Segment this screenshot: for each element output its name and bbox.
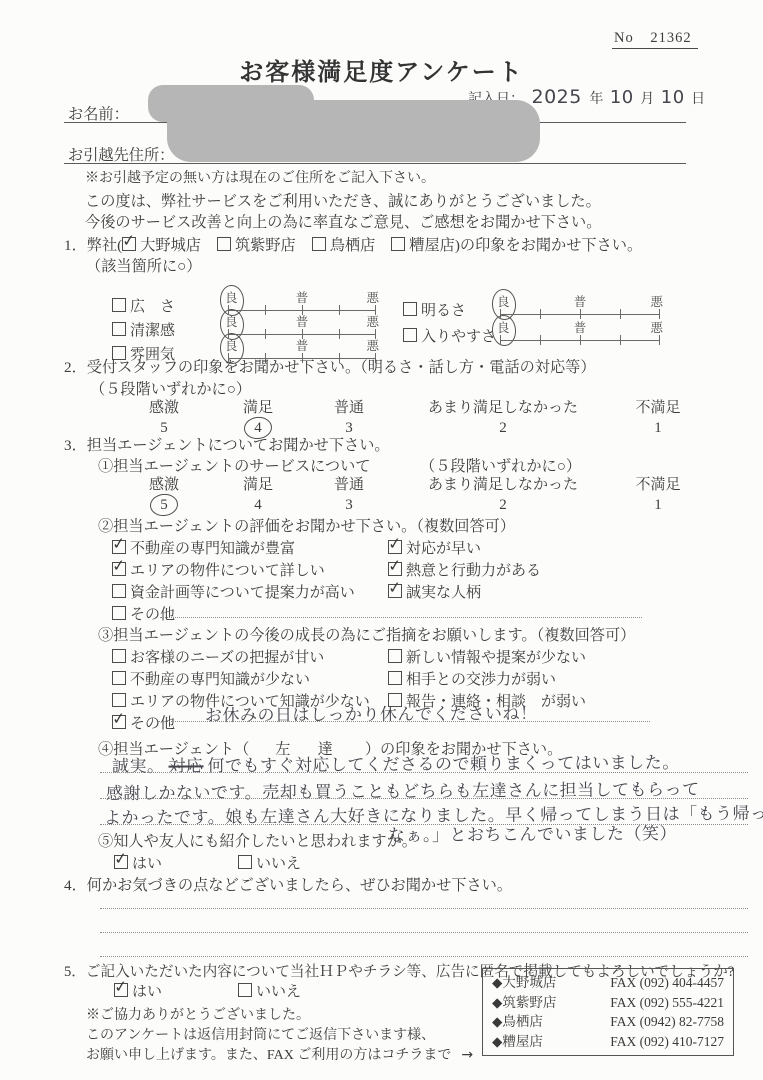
q1-note: （該当箇所に○） (86, 255, 202, 276)
q3-2-right-1: 対応が早い (388, 537, 481, 558)
q3-1-opt5-label: 不満足 (614, 473, 702, 494)
q3-5-yes-checkbox[interactable] (114, 855, 128, 869)
store-label-kasuya: 糟屋店 (409, 237, 455, 254)
form-number-label: No (614, 30, 634, 46)
q3-2-other-line[interactable] (160, 602, 642, 618)
q3-4-line-1[interactable] (100, 756, 748, 773)
q3-1-opt1-label: 感激 (118, 473, 210, 494)
q5-yes-checkbox[interactable] (114, 983, 128, 997)
q1-item-seiketsukan: 清潔感 (112, 319, 175, 340)
q2-heading: 2．受付スタッフの印象をお聞かせ下さい。（明るさ・話し方・電話の対応等） (64, 356, 596, 377)
store-checkbox-tosu[interactable] (312, 237, 326, 251)
store-checkbox-onojo[interactable] (122, 237, 136, 251)
q1-item-hirosa: 広 さ (112, 295, 175, 316)
akarusa-checkbox[interactable] (403, 302, 417, 316)
q3-3-right-2: 相手との交渉力が弱い (388, 668, 556, 689)
store-label-tosu: 鳥栖店 (330, 237, 376, 254)
q3-2-left-3-checkbox[interactable] (112, 584, 126, 598)
hairiyasusa-checkbox[interactable] (403, 328, 417, 342)
scale-good-label: 良 (225, 312, 238, 330)
q3-1-opt4-label: あまり満足しなかった (392, 473, 614, 494)
day-unit: 日 (691, 92, 705, 107)
scale-bad-label: 悪 (366, 312, 379, 330)
q3-1-opt4-value[interactable]: 2 (497, 497, 509, 514)
scale-mid-label: 普 (296, 336, 309, 354)
q3-2-right-3: 誠実な人柄 (388, 581, 481, 602)
scale-mid-label: 普 (296, 288, 309, 306)
q3-2-heading: ②担当エージェントの評価をお聞かせ下さい。（複数回答可） (98, 515, 515, 536)
store-checkbox-kasuya[interactable] (391, 237, 405, 251)
q3-heading: 3．担当エージェントについてお聞かせ下さい。 (64, 434, 390, 455)
q3-4-line-2[interactable] (100, 782, 748, 799)
q5-no-checkbox[interactable] (238, 983, 252, 997)
q4-line-1[interactable] (100, 892, 748, 909)
hirosa-label: 広 さ (130, 299, 175, 315)
q3-5-yes: はい (114, 852, 162, 873)
q4-line-2[interactable] (100, 916, 748, 933)
footer-thanks-3: お願い申し上げます。また、FAX ご利用の方はコチラまで→ (86, 1044, 473, 1064)
scale-bad-label: 悪 (650, 292, 663, 310)
q1-suffix: )の印象をお聞かせ下さい。 (455, 237, 642, 254)
hairiyasusa-label: 入りやすさ (421, 329, 496, 345)
q3-1-opt1-value[interactable]: 5 (158, 497, 170, 514)
q3-2-left-2: エリアの物件について詳しい (112, 559, 325, 580)
q2-opt2-label: 満足 (210, 396, 306, 417)
q3-3-left-3-checkbox[interactable] (112, 693, 126, 707)
q3-5-no-checkbox[interactable] (238, 855, 252, 869)
q2-opt3-label: 普通 (306, 396, 392, 417)
q3-2-right-3-checkbox[interactable] (388, 584, 402, 598)
seiketsukan-checkbox[interactable] (112, 322, 126, 336)
q3-2-right-1-checkbox[interactable] (388, 540, 402, 554)
akarusa-label: 明るさ (421, 303, 466, 319)
scale-mid-label: 普 (296, 312, 309, 330)
q5-no: いいえ (238, 980, 301, 1001)
form-number: No 21362 (612, 30, 698, 49)
fax-contact-box: ◆大野城店FAX (092) 404-4457 ◆筑紫野店FAX (092) 5… (482, 968, 734, 1056)
scale-good-label: 良 (225, 288, 238, 306)
address-note: ※お引越予定の無い方は現在のご住所をご記入下さい。 (85, 167, 435, 187)
q5-yes: はい (114, 980, 162, 1001)
q3-3-left-2-checkbox[interactable] (112, 671, 126, 685)
q3-1-opt2-value[interactable]: 4 (252, 497, 264, 514)
intro-line-2: 今後のサービス改善と向上の為に率直なご意見、ご感想をお聞かせ下さい。 (85, 211, 601, 232)
q1-prefix: 1．弊社( (64, 237, 122, 254)
q3-2-left-3: 資金計画等について提案力が高い (112, 581, 355, 602)
intro-line-1: この度は、弊社サービスをご利用いただき、誠にありがとうございました。 (85, 190, 601, 211)
scale-good-label: 良 (497, 318, 510, 336)
form-number-value: 21362 (650, 30, 691, 46)
seiketsukan-label: 清潔感 (130, 323, 175, 339)
q3-3-right-1: 新しい情報や提案が少ない (388, 646, 586, 667)
q2-opt4-value[interactable]: 2 (497, 420, 509, 437)
fax-row-kasuya: ◆糟屋店FAX (092) 410-7127 (492, 1032, 724, 1052)
q3-3-right-2-checkbox[interactable] (388, 671, 402, 685)
q2-opt4-label: あまり満足しなかった (392, 396, 614, 417)
q3-3-right-1-checkbox[interactable] (388, 649, 402, 663)
footer-thanks-2: このアンケートは返信用封筒にてご返信下さいます様、 (86, 1024, 435, 1044)
q3-1-opt3-value[interactable]: 3 (343, 497, 355, 514)
q3-2-left-2-checkbox[interactable] (112, 562, 126, 576)
q3-3-other-checkbox[interactable] (112, 715, 126, 729)
q3-2-right-2-checkbox[interactable] (388, 562, 402, 576)
q3-1-opt5-value[interactable]: 1 (652, 497, 664, 514)
scale-mid-label: 普 (574, 318, 587, 336)
q2-options: 感激5 満足4 普通3 あまり満足しなかった2 不満足1 (118, 396, 702, 437)
hairiyasusa-scale[interactable]: 良 普 悪 (500, 318, 660, 352)
fax-store-diamond: ◆大野城店 (492, 973, 556, 993)
q1-heading: 1．弊社(大野城店筑紫野店鳥栖店糟屋店)の印象をお聞かせ下さい。 (64, 234, 642, 255)
q3-5-no: いいえ (238, 852, 301, 873)
q2-opt5-label: 不満足 (614, 396, 702, 417)
footer-thanks-1: ※ご協力ありがとうございました。 (86, 1004, 310, 1024)
q3-1-opt3-label: 普通 (306, 473, 392, 494)
q4-line-3[interactable] (100, 940, 748, 957)
q3-2-left-1-checkbox[interactable] (112, 540, 126, 554)
q2-opt1-label: 感激 (118, 396, 210, 417)
arrow-right-icon: → (461, 1047, 473, 1063)
store-label-onojo: 大野城店 (140, 237, 201, 254)
q3-3-left-2: 不動産の専門知識が少ない (112, 668, 310, 689)
q3-2-left-1: 不動産の専門知識が豊富 (112, 537, 295, 558)
store-checkbox-chikushino[interactable] (217, 237, 231, 251)
q3-3-left-1-checkbox[interactable] (112, 649, 126, 663)
q1-item-akarusa: 明るさ (403, 299, 466, 320)
q3-3-heading: ③担当エージェントの今後の成長の為にご指摘をお願いします。（複数回答可） (98, 624, 635, 645)
page-title: お客様満足度アンケート (0, 52, 763, 87)
address-input-line[interactable] (64, 145, 686, 164)
fax-row-chikushino: ◆筑紫野店FAX (092) 555-4221 (492, 993, 724, 1013)
survey-page: No 21362 お客様満足度アンケート 記入日： 2025 年 10 月 10… (0, 0, 763, 1080)
q1-item-hairiyasusa: 入りやすさ (403, 325, 496, 346)
q2-opt5-value[interactable]: 1 (652, 420, 664, 437)
scale-mid-label: 普 (574, 292, 587, 310)
q3-2-right-2: 熱意と行動力がある (388, 559, 541, 580)
q3-1-opt2-label: 満足 (210, 473, 306, 494)
store-label-chikushino: 筑紫野店 (235, 237, 296, 254)
scale-good-label: 良 (225, 336, 238, 354)
scale-bad-label: 悪 (366, 288, 379, 306)
q3-2-other-checkbox[interactable] (112, 606, 126, 620)
q3-5-heading: ⑤知人や友人にも紹介したいと思われますか。 (98, 830, 417, 851)
q3-4-hand-line-4: なぁ。」とおちこんでいました（笑） (388, 819, 677, 846)
fax-row-onojo: ◆大野城店FAX (092) 404-4457 (492, 973, 724, 993)
q3-1-options: 感激5 満足4 普通3 あまり満足しなかった2 不満足1 (118, 473, 702, 514)
q3-3-other-line[interactable] (158, 706, 650, 722)
q3-3-left-1: お客様のニーズの把握が甘い (112, 646, 324, 667)
scale-bad-label: 悪 (366, 336, 379, 354)
scale-bad-label: 悪 (650, 318, 663, 336)
scale-good-label: 良 (497, 292, 510, 310)
fax-row-tosu: ◆鳥栖店FAX (0942) 82-7758 (492, 1012, 724, 1032)
hirosa-checkbox[interactable] (112, 298, 126, 312)
